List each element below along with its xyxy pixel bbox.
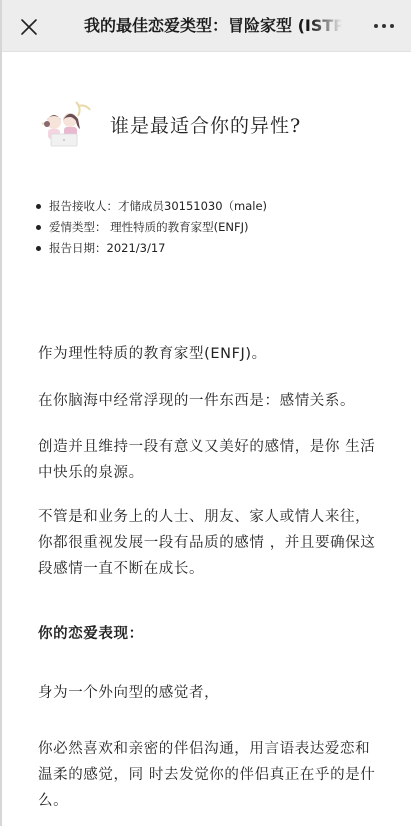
- page-title: 我的最佳恋爱类型：冒险家型 (ISTP): [84, 14, 342, 38]
- section-heading: 你的恋爱表现：: [38, 621, 144, 647]
- report-date-text: 报告日期：2021/3/17: [49, 238, 165, 259]
- close-icon: [20, 18, 38, 36]
- bullet-icon: [36, 225, 41, 230]
- love-type-text: 爱情类型： 理性特质的教育家型(ENFJ): [49, 217, 249, 238]
- bullet-icon: [36, 204, 41, 209]
- top-navigation-bar: 我的最佳恋爱类型：冒险家型 (ISTP): [2, 0, 411, 52]
- paragraph: 创造并且维持一段有意义又美好的感情，是你 生活中快乐的泉源。: [38, 434, 378, 486]
- paragraph: 作为理性特质的教育家型(ENFJ)。: [38, 341, 267, 367]
- more-icon-dot: [374, 24, 378, 28]
- close-button[interactable]: [16, 14, 42, 40]
- paragraph: 身为一个外向型的感觉者，: [38, 680, 219, 706]
- girls-laptop-illustration: [36, 98, 92, 150]
- report-recipient-text: 报告接收人：才储成员30151030（male): [49, 196, 267, 217]
- paragraph: 在你脑海中经常浮现的一件东西是：感情关系。: [38, 388, 355, 414]
- paragraph: 不管是和业务上的人士、朋友、家人或情人来往，你都很重视发展一段有品质的感情 ，并…: [38, 504, 378, 582]
- hero-title: 谁是最适合你的异性?: [110, 111, 301, 138]
- more-icon-dot: [390, 24, 394, 28]
- report-date: 报告日期：2021/3/17: [36, 238, 267, 259]
- report-recipient: 报告接收人：才储成员30151030（male): [36, 196, 267, 217]
- article-page: 我的最佳恋爱类型：冒险家型 (ISTP): [0, 0, 411, 826]
- love-type: 爱情类型： 理性特质的教育家型(ENFJ): [36, 217, 267, 238]
- bullet-icon: [36, 246, 41, 251]
- hero-banner: 谁是最适合你的异性?: [36, 98, 301, 150]
- more-icon-dot: [382, 24, 386, 28]
- paragraph: 你必然喜欢和亲密的伴侣沟通，用言语表达爱恋和温柔的感觉，同 时去发觉你的伴侣真正…: [38, 736, 378, 814]
- more-options-button[interactable]: [367, 14, 401, 38]
- report-info-list: 报告接收人：才储成员30151030（male) 爱情类型： 理性特质的教育家型…: [36, 196, 267, 259]
